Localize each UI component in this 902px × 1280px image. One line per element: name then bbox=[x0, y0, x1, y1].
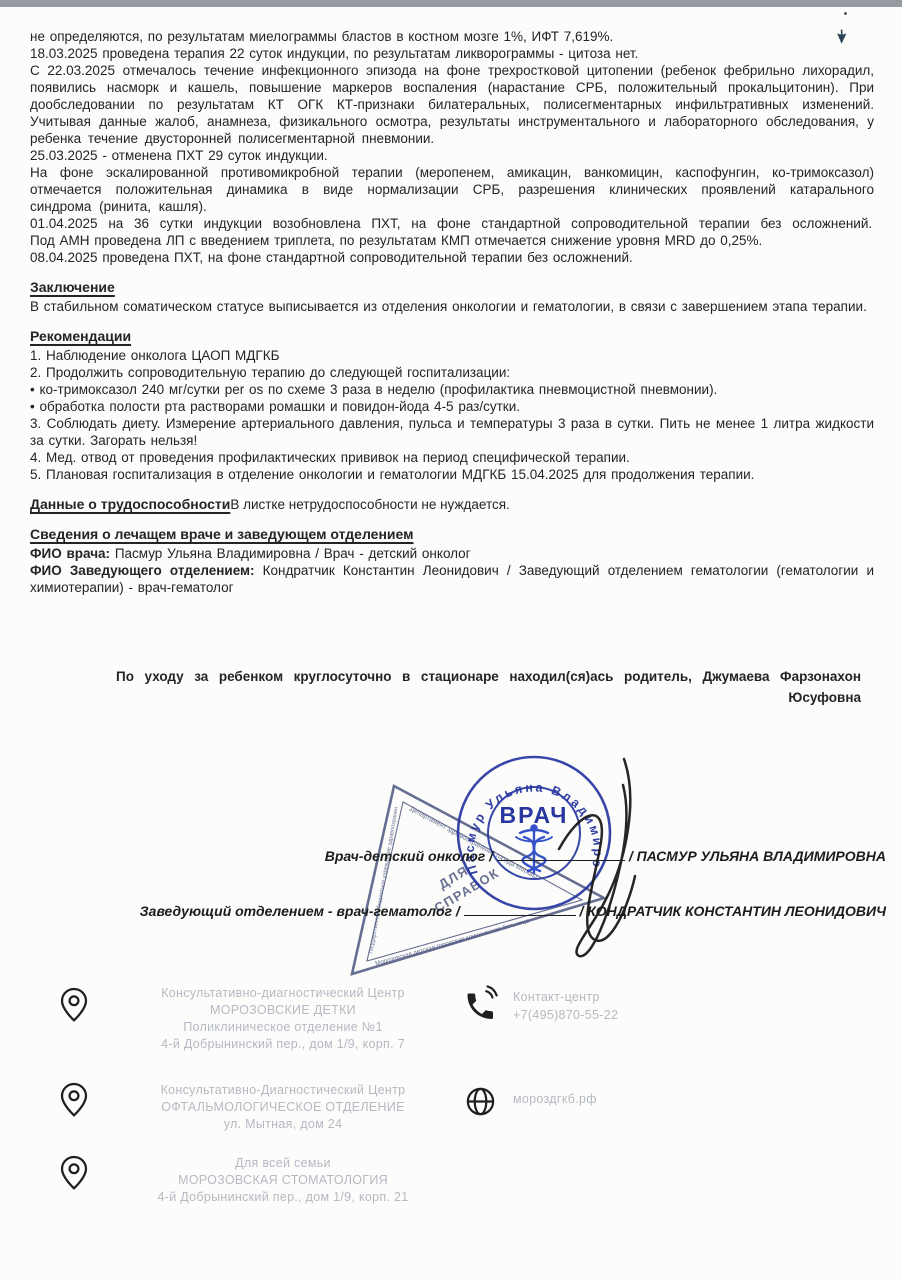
phone-icon bbox=[462, 985, 498, 1021]
caregiver-statement: По уходу за ребенком круглосуточно в ста… bbox=[116, 666, 861, 708]
report-paragraph: На фоне эскалированной противомикробной … bbox=[30, 164, 874, 215]
recommendation-item: 1. Наблюдение онколога ЦАОП МДГКБ bbox=[30, 347, 874, 364]
footer-contacts: Консультативно-диагностический ЦентрМОРО… bbox=[0, 985, 902, 1280]
map-pin-icon bbox=[58, 1155, 90, 1191]
website-url: мороздгкб.рф bbox=[513, 1090, 597, 1108]
recommendation-item: 2. Продолжить сопроводительную терапию д… bbox=[30, 364, 874, 381]
map-pin-icon bbox=[58, 1082, 90, 1118]
report-paragraph: 18.03.2025 проведена терапия 22 суток ин… bbox=[30, 45, 874, 62]
work-capacity-heading: Данные о трудоспособности bbox=[30, 496, 230, 512]
recommendations-heading: Рекомендации bbox=[30, 328, 874, 344]
location-line: ОФТАЛЬМОЛОГИЧЕСКОЕ ОТДЕЛЕНИЕ bbox=[108, 1099, 458, 1116]
location-line: Консультативно-диагностический Центр bbox=[108, 985, 458, 1002]
recommendation-item: • ко-тримоксазол 240 мг/сутки per os по … bbox=[30, 381, 874, 398]
location-line: 4-й Добрынинский пер., дом 1/9, корп. 7 bbox=[108, 1036, 458, 1053]
conclusion-text: В стабильном соматическом статусе выписы… bbox=[30, 298, 874, 315]
globe-icon bbox=[464, 1085, 497, 1118]
report-paragraph: 08.04.2025 проведена ПХТ, на фоне станда… bbox=[30, 249, 874, 266]
doctors-heading: Сведения о лечащем враче и заведующем от… bbox=[30, 526, 874, 542]
signature-head-name: / КОНДРАТЧИК КОНСТАНТИН ЛЕОНИДОВИЧ bbox=[580, 903, 886, 919]
location-block-1: Консультативно-диагностический ЦентрМОРО… bbox=[108, 985, 458, 1053]
location-block-3: Для всей семьиМОРОЗОВСКАЯ СТОМАТОЛОГИЯ4-… bbox=[108, 1155, 458, 1206]
conclusion-heading: Заключение bbox=[30, 279, 874, 295]
signature-head-role: Заведующий отделением - врач-гематолог / bbox=[140, 903, 460, 919]
document-content: не определяются, по результатам миелогра… bbox=[0, 7, 902, 708]
work-capacity-text: В листке нетрудоспособности не нуждается… bbox=[230, 497, 509, 512]
discharge-summary-page: не определяются, по результатам миелогра… bbox=[0, 0, 902, 1280]
signature-doctor-role: Врач-детский онколог / bbox=[325, 848, 493, 864]
contact-center-label: Контакт-центр bbox=[513, 988, 618, 1006]
attending-doctor-line: ФИО врача: Пасмур Ульяна Владимировна / … bbox=[30, 545, 874, 562]
report-paragraph: не определяются, по результатам миелогра… bbox=[30, 28, 874, 45]
attending-doctor-label: ФИО врача: bbox=[30, 546, 110, 561]
website-block: мороздгкб.рф bbox=[513, 1090, 597, 1108]
attending-doctor-value: Пасмур Ульяна Владимировна / Врач - детс… bbox=[115, 546, 471, 561]
location-line: Для всей семьи bbox=[108, 1155, 458, 1172]
location-line: Консультативно-Диагностический Центр bbox=[108, 1082, 458, 1099]
signature-line bbox=[464, 903, 576, 916]
map-pin-icon bbox=[58, 987, 90, 1023]
section-doctors: Сведения о лечащем враче и заведующем от… bbox=[30, 526, 874, 596]
report-paragraph: Под АМН проведена ЛП с введением триплет… bbox=[30, 232, 874, 249]
head-of-department-line: ФИО Заведующего отделением: Кондратчик К… bbox=[30, 562, 874, 596]
recommendation-item: 5. Плановая госпитализация в отделение о… bbox=[30, 466, 874, 483]
recommendation-item: • обработка полости рта растворами ромаш… bbox=[30, 398, 874, 415]
head-of-department-label: ФИО Заведующего отделением: bbox=[30, 563, 255, 578]
contact-center-phone: +7(495)870-55-22 bbox=[513, 1006, 618, 1024]
signature-row-doctor: Врач-детский онколог / / ПАСМУР УЛЬЯНА В… bbox=[325, 848, 886, 864]
location-line: МОРОЗОВСКАЯ СТОМАТОЛОГИЯ bbox=[108, 1172, 458, 1189]
recommendation-item: 3. Соблюдать диету. Измерение артериальн… bbox=[30, 415, 874, 449]
recommendation-item: 4. Мед. отвод от проведения профилактиче… bbox=[30, 449, 874, 466]
location-line: Поликлиническое отделение №1 bbox=[108, 1019, 458, 1036]
section-work-capacity: Данные о трудоспособностиВ листке нетруд… bbox=[30, 496, 874, 513]
location-block-2: Консультативно-Диагностический ЦентрОФТА… bbox=[108, 1082, 458, 1133]
svg-text:Морозовская детская городская: Морозовская детская городская клиническа… bbox=[375, 917, 531, 967]
report-paragraph: 01.04.2025 на 36 сутки индукции возобнов… bbox=[30, 215, 874, 232]
signature-doctor-name: / ПАСМУР УЛЬЯНА ВЛАДИМИРОВНА bbox=[629, 848, 886, 864]
location-line: ул. Мытная, дом 24 bbox=[108, 1116, 458, 1133]
signature-row-head: Заведующий отделением - врач-гематолог /… bbox=[140, 903, 886, 919]
signature-line bbox=[497, 848, 625, 861]
signature-stamp-area: Департамент здравоохранения города Москв… bbox=[0, 745, 902, 993]
location-line: МОРОЗОВСКИЕ ДЕТКИ bbox=[108, 1002, 458, 1019]
recommendations-list: 1. Наблюдение онколога ЦАОП МДГКБ2. Прод… bbox=[30, 347, 874, 483]
report-paragraph: 25.03.2025 - отменена ПХТ 29 суток индук… bbox=[30, 147, 874, 164]
section-conclusion: Заключение В стабильном соматическом ста… bbox=[30, 279, 874, 315]
scan-edge-band bbox=[0, 0, 902, 7]
section-recommendations: Рекомендации 1. Наблюдение онколога ЦАОП… bbox=[30, 328, 874, 483]
report-body: не определяются, по результатам миелогра… bbox=[30, 28, 874, 266]
contact-center-block: Контакт-центр +7(495)870-55-22 bbox=[513, 988, 618, 1024]
location-line: 4-й Добрынинский пер., дом 1/9, корп. 21 bbox=[108, 1189, 458, 1206]
report-paragraph: С 22.03.2025 отмечалось течение инфекцио… bbox=[30, 62, 874, 147]
